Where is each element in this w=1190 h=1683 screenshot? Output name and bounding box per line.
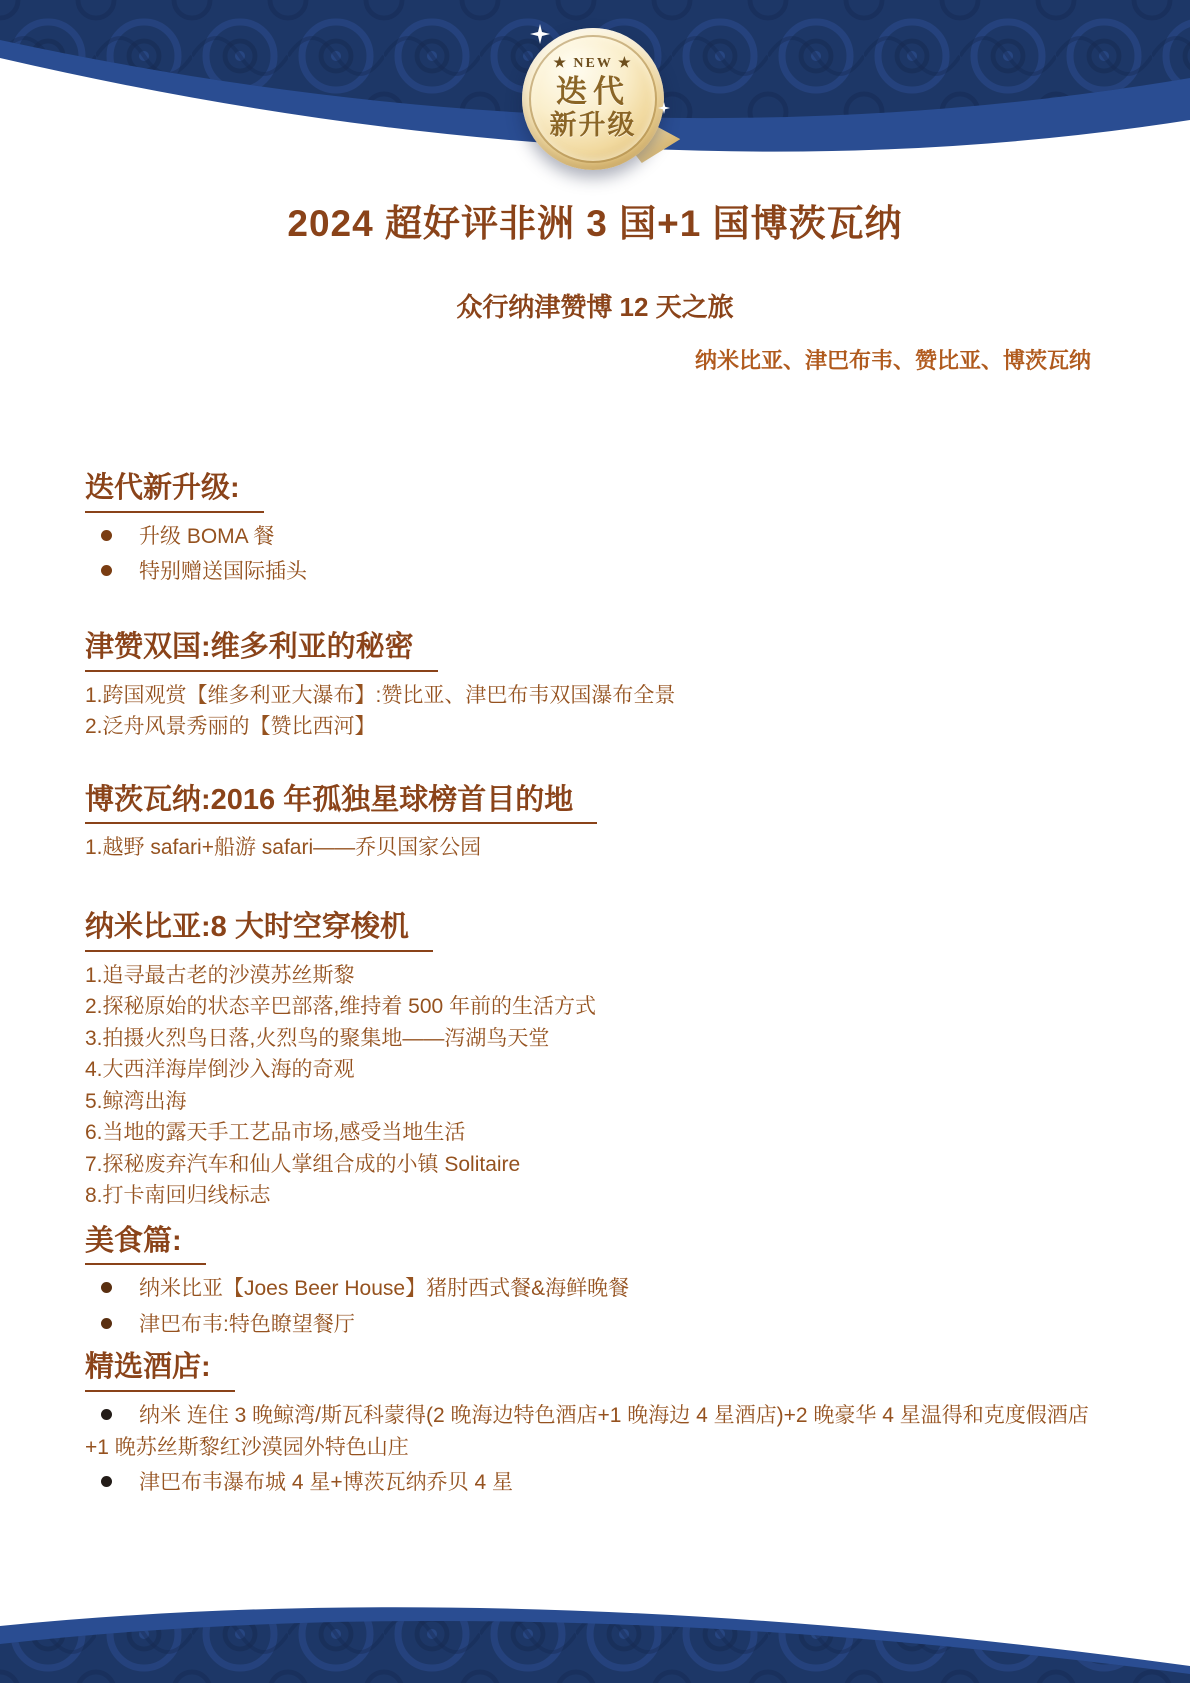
- section-body: 纳米 连住 3 晚鲸湾/斯瓦科蒙得(2 晚海边特色酒店+1 晚海边 4 星酒店)…: [85, 1400, 1105, 1499]
- bullet-text: 特别赠送国际插头: [139, 560, 307, 583]
- numbered-line: 7.探秘废弃汽车和仙人掌组合成的小镇 Solitaire: [85, 1149, 1105, 1181]
- section: 精选酒店: 纳米 连住 3 晚鲸湾/斯瓦科蒙得(2 晚海边特色酒店+1 晚海边 …: [85, 1350, 1105, 1498]
- numbered-line: 1.追寻最古老的沙漠苏丝斯黎: [85, 960, 1105, 992]
- section-heading: 精选酒店:: [85, 1350, 235, 1392]
- numbered-line: 1.跨国观赏【维多利亚大瀑布】:赞比亚、津巴布韦双国瀑布全景: [85, 680, 1105, 712]
- bullet-text: 升级 BOMA 餐: [139, 525, 274, 548]
- new-upgrade-badge: ★ NEW ★ 迭代 新升级: [522, 28, 664, 170]
- section-heading: 美食篇:: [85, 1224, 206, 1266]
- numbered-line: 2.探秘原始的状态辛巴部落,维持着 500 年前的生活方式: [85, 991, 1105, 1023]
- page-title: 2024 超好评非洲 3 国+1 国博茨瓦纳: [85, 193, 1105, 247]
- bullet-item: 特别赠送国际插头: [85, 556, 1105, 588]
- bullet-text: 津巴布韦瀑布城 4 星+博茨瓦纳乔贝 4 星: [139, 1471, 513, 1494]
- section: 博茨瓦纳:2016 年孤独星球榜首目的地 1.越野 safari+船游 safa…: [85, 783, 1105, 864]
- section-body: 升级 BOMA 餐特别赠送国际插头: [85, 521, 1105, 588]
- countries-line: 纳米比亚、津巴布韦、赞比亚、博茨瓦纳: [85, 344, 1105, 375]
- numbered-line: 8.打卡南回归线标志: [85, 1180, 1105, 1212]
- section: 迭代新升级: 升级 BOMA 餐特别赠送国际插头: [85, 471, 1105, 588]
- section-heading: 津赞双国:维多利亚的秘密: [85, 630, 438, 672]
- section: 纳米比亚:8 大时空穿梭机 1.追寻最古老的沙漠苏丝斯黎2.探秘原始的状态辛巴部…: [85, 910, 1105, 1212]
- badge-line2: 新升级: [550, 109, 637, 143]
- bullet-text: 纳米 连住 3 晚鲸湾/斯瓦科蒙得(2 晚海边特色酒店+1 晚海边 4 星酒店)…: [85, 1404, 1089, 1459]
- badge-gold-circle: ★ NEW ★ 迭代 新升级: [522, 28, 664, 170]
- bullet-text: 津巴布韦:特色瞭望餐厅: [139, 1313, 355, 1336]
- numbered-line: 2.泛舟风景秀丽的【赞比西河】: [85, 711, 1105, 743]
- document-page: ★ NEW ★ 迭代 新升级 2024 超好评非洲 3 国+1 国博茨瓦纳 众行…: [0, 0, 1190, 1683]
- section-heading: 迭代新升级:: [85, 471, 264, 513]
- numbered-line: 1.越野 safari+船游 safari——乔贝国家公园: [85, 832, 1105, 864]
- bullet-dot-icon: [101, 530, 112, 541]
- page-subtitle: 众行纳津赞博 12 天之旅: [85, 287, 1105, 324]
- bullet-item: 津巴布韦瀑布城 4 星+博茨瓦纳乔贝 4 星: [85, 1467, 1105, 1499]
- badge-new-label: ★ NEW ★: [553, 55, 632, 72]
- section-heading: 纳米比亚:8 大时空穿梭机: [85, 910, 433, 952]
- section-heading: 博茨瓦纳:2016 年孤独星球榜首目的地: [85, 783, 597, 825]
- bullet-dot-icon: [101, 1318, 112, 1329]
- document-content: 2024 超好评非洲 3 国+1 国博茨瓦纳 众行纳津赞博 12 天之旅 纳米比…: [0, 0, 1190, 1499]
- section-body: 1.跨国观赏【维多利亚大瀑布】:赞比亚、津巴布韦双国瀑布全景2.泛舟风景秀丽的【…: [85, 680, 1105, 743]
- bullet-dot-icon: [101, 1282, 112, 1293]
- sections-container: 迭代新升级: 升级 BOMA 餐特别赠送国际插头 津赞双国:维多利亚的秘密 1.…: [85, 471, 1105, 1499]
- numbered-line: 4.大西洋海岸倒沙入海的奇观: [85, 1054, 1105, 1086]
- bullet-item: 津巴布韦:特色瞭望餐厅: [85, 1309, 1105, 1341]
- badge-line1: 迭代: [556, 74, 630, 110]
- section: 美食篇: 纳米比亚【Joes Beer House】猪肘西式餐&海鲜晚餐津巴布韦…: [85, 1224, 1105, 1341]
- section-body: 1.越野 safari+船游 safari——乔贝国家公园: [85, 832, 1105, 864]
- footer-decorative-banner: [0, 1578, 1190, 1683]
- bullet-item: 升级 BOMA 餐: [85, 521, 1105, 553]
- numbered-line: 6.当地的露天手工艺品市场,感受当地生活: [85, 1117, 1105, 1149]
- numbered-line: 3.拍摄火烈鸟日落,火烈鸟的聚集地——泻湖鸟天堂: [85, 1023, 1105, 1055]
- numbered-line: 5.鲸湾出海: [85, 1086, 1105, 1118]
- bullet-item: 纳米比亚【Joes Beer House】猪肘西式餐&海鲜晚餐: [85, 1273, 1105, 1305]
- bullet-dot-icon: [101, 1476, 112, 1487]
- bullet-item: 纳米 连住 3 晚鲸湾/斯瓦科蒙得(2 晚海边特色酒店+1 晚海边 4 星酒店)…: [85, 1400, 1105, 1463]
- section-body: 1.追寻最古老的沙漠苏丝斯黎2.探秘原始的状态辛巴部落,维持着 500 年前的生…: [85, 960, 1105, 1212]
- section-body: 纳米比亚【Joes Beer House】猪肘西式餐&海鲜晚餐津巴布韦:特色瞭望…: [85, 1273, 1105, 1340]
- bullet-text: 纳米比亚【Joes Beer House】猪肘西式餐&海鲜晚餐: [139, 1277, 629, 1300]
- section: 津赞双国:维多利亚的秘密 1.跨国观赏【维多利亚大瀑布】:赞比亚、津巴布韦双国瀑…: [85, 630, 1105, 743]
- bullet-dot-icon: [101, 1409, 112, 1420]
- bullet-dot-icon: [101, 565, 112, 576]
